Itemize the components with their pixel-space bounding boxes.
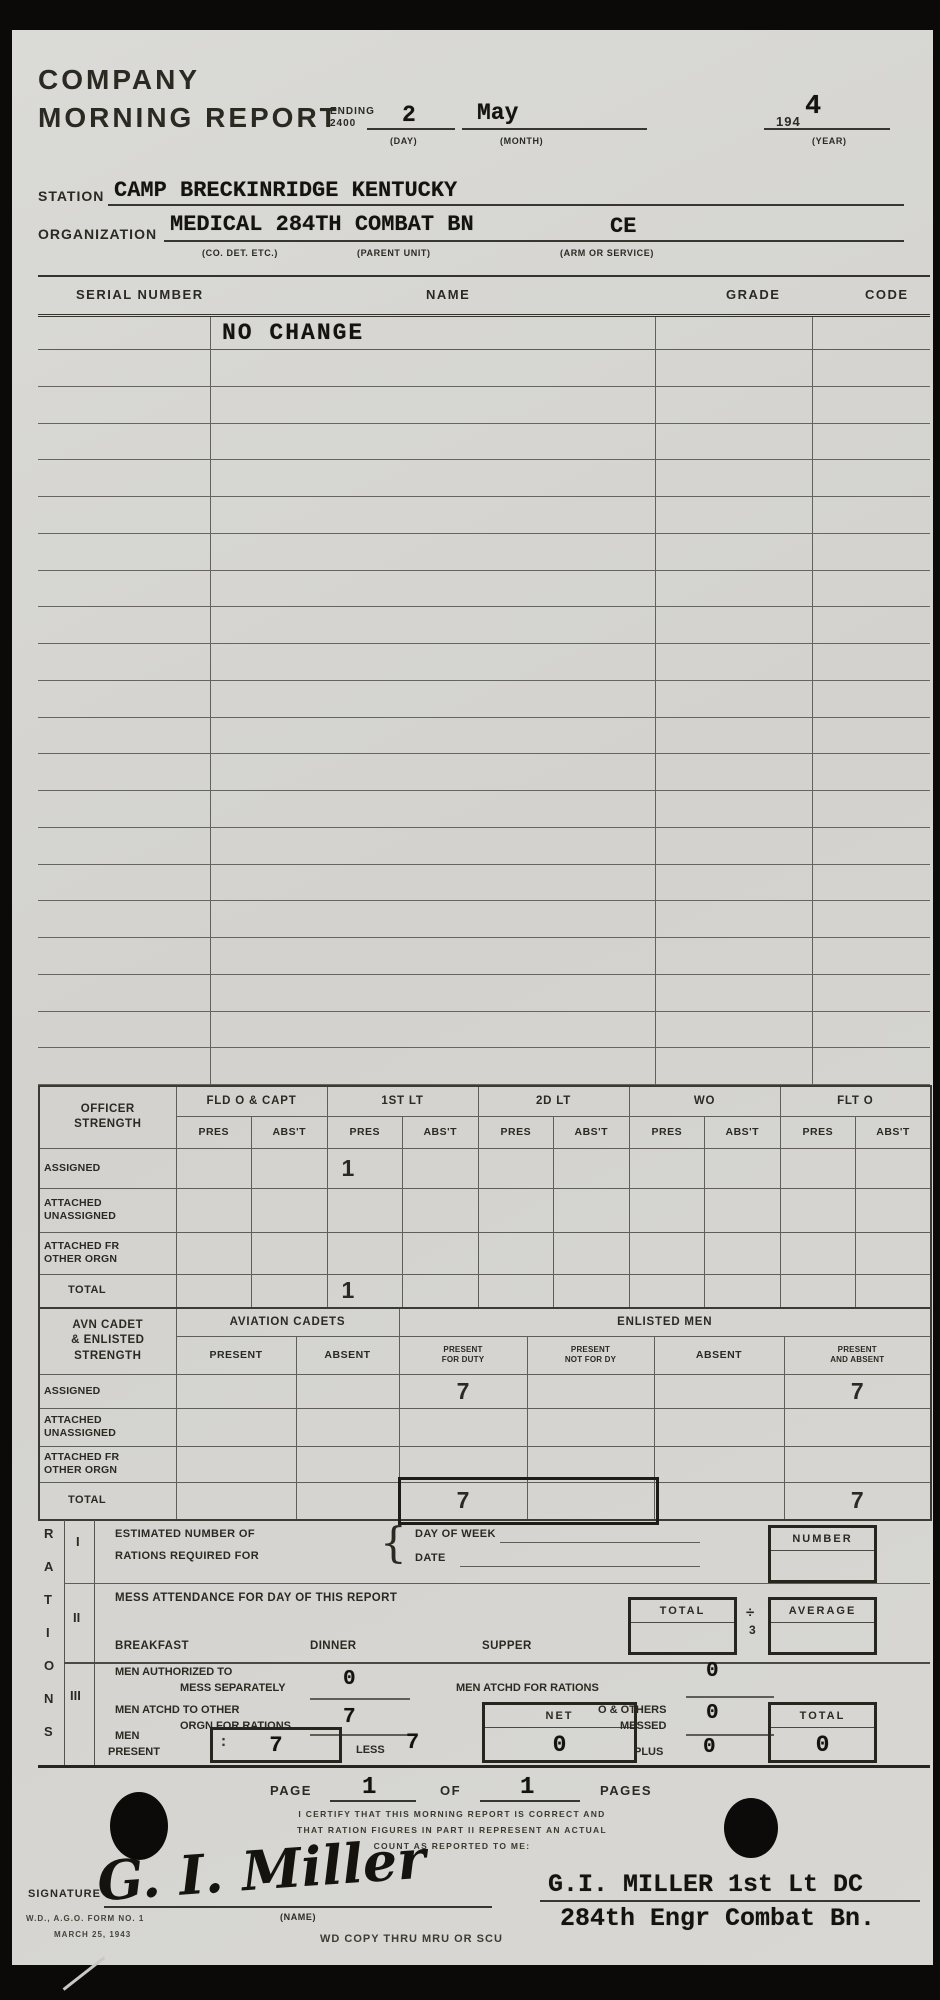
- certification-line1: I CERTIFY THAT THIS MORNING REPORT IS CO…: [152, 1809, 752, 1819]
- year-typed: 4: [805, 92, 821, 122]
- year-underline: [764, 128, 890, 130]
- others-l2: MESSED: [620, 1720, 666, 1732]
- net-value: 0: [485, 1728, 634, 1758]
- rations-separator-i-ii: [64, 1583, 930, 1584]
- col-pres: PRES: [327, 1116, 403, 1148]
- col-present-not-for-duty: PRESENT NOT FOR DY: [527, 1336, 654, 1374]
- typed-name-line: [540, 1900, 920, 1902]
- roster-empty-row: [38, 975, 930, 1012]
- col-cadet-absent: ABSENT: [296, 1336, 399, 1374]
- plus-value: 0: [703, 1736, 716, 1759]
- enlisted-assigned-pa: 7: [784, 1374, 931, 1408]
- rations-letter-s: S: [44, 1724, 53, 1739]
- rations-total-box-label: TOTAL: [771, 1705, 874, 1728]
- roster-header-row: SERIAL NUMBER NAME GRADE CODE: [38, 275, 930, 317]
- officer-total-1stlt-pres: 1: [327, 1274, 403, 1308]
- less-value: 7: [406, 1730, 419, 1755]
- roster-empty-row: [38, 828, 930, 865]
- rations-divider-letters: [64, 1520, 65, 1765]
- breakfast-label: BREAKFAST: [115, 1640, 189, 1652]
- rations-section-ii: II: [73, 1610, 80, 1625]
- page-label: PAGE: [270, 1783, 312, 1798]
- roster-empty-row: [38, 350, 930, 387]
- rations-section-i: I: [76, 1534, 80, 1549]
- station-underline: [108, 204, 904, 206]
- atchd-for-rations-line: [686, 1696, 774, 1698]
- col-pres: PRES: [629, 1116, 705, 1148]
- enlisted-strength-header: AVN CADET & ENLISTED STRENGTH: [39, 1308, 176, 1374]
- arm-service-label: (ARM OR SERVICE): [560, 248, 654, 258]
- men-present-value: 7: [213, 1730, 339, 1758]
- col-group-enlisted-men: ENLISTED MEN: [399, 1308, 931, 1336]
- men-present-box: : 7: [210, 1727, 342, 1763]
- of-label: OF: [440, 1783, 461, 1798]
- punch-hole-right: [724, 1798, 778, 1858]
- col-group-fldo-capt: FLD O & CAPT: [176, 1086, 327, 1116]
- roster-empty-row: [38, 681, 930, 718]
- rations-i-line2: RATIONS REQUIRED FOR: [115, 1550, 259, 1562]
- officer-strength-table: OFFICER STRENGTH FLD O & CAPT 1ST LT 2D …: [38, 1085, 932, 1309]
- roster-empty-row: [38, 497, 930, 534]
- roster-empty-row: [38, 1048, 930, 1085]
- day-underline: [367, 128, 455, 130]
- others-l1: O & OTHERS: [598, 1704, 666, 1716]
- date-label: DATE: [415, 1552, 446, 1564]
- pa-l1: PRESENT: [785, 1345, 931, 1355]
- mess-total-box: TOTAL: [628, 1597, 737, 1655]
- stray-colon-mark: :: [219, 1734, 228, 1751]
- roster-empty-row: [38, 791, 930, 828]
- roster-col-name: NAME: [426, 287, 470, 302]
- col-pres: PRES: [176, 1116, 252, 1148]
- atchd-for-rations-value: 0: [706, 1660, 719, 1683]
- col-present-for-duty: PRESENT FOR DUTY: [399, 1336, 527, 1374]
- co-det-label: (CO. DET. ETC.): [202, 248, 278, 258]
- row-attached-unassigned-label: ATTACHED UNASSIGNED: [39, 1188, 176, 1232]
- form-date: MARCH 25, 1943: [54, 1930, 131, 1939]
- auth-mess-line: [310, 1698, 410, 1700]
- day-label: (DAY): [390, 136, 417, 146]
- row-attached-fr-label: ATTACHED FR OTHER ORGN: [39, 1232, 176, 1274]
- roster-empty-row: [38, 387, 930, 424]
- pages-value: 1: [520, 1774, 534, 1801]
- men-present-l2: PRESENT: [108, 1746, 160, 1758]
- auth-mess-l1: MEN AUTHORIZED TO: [115, 1666, 232, 1678]
- enl-att-unassigned-l1: ATTACHED: [44, 1414, 176, 1427]
- enl-att-unassigned-l2: UNASSIGNED: [44, 1427, 176, 1440]
- roster-empty-row: [38, 460, 930, 497]
- total-emphasis-box: [398, 1477, 659, 1525]
- rations-separator-ii-iii: [64, 1662, 930, 1664]
- typed-signer-name: G.I. MILLER 1st Lt DC: [548, 1870, 863, 1899]
- number-box-label: NUMBER: [771, 1528, 874, 1551]
- less-label: LESS: [356, 1744, 385, 1756]
- auth-mess-value: 0: [343, 1668, 356, 1691]
- rations-letter-a: A: [44, 1559, 53, 1574]
- day-of-week-label: DAY OF WEEK: [415, 1528, 496, 1540]
- col-enlisted-absent: ABSENT: [654, 1336, 784, 1374]
- col-group-flt-o: FLT O: [780, 1086, 931, 1116]
- roster-col-code: CODE: [865, 287, 909, 302]
- officer-strength-header-l1: OFFICER: [40, 1102, 176, 1118]
- date-line: [460, 1566, 700, 1567]
- att-unassigned-l1: ATTACHED: [44, 1197, 176, 1210]
- rations-total-value: 0: [771, 1728, 874, 1758]
- officer-strength-header-l2: STRENGTH: [40, 1117, 176, 1133]
- enlisted-total-pa: 7: [784, 1482, 931, 1520]
- rations-section-iii: III: [70, 1688, 81, 1703]
- average-box-label: AVERAGE: [771, 1600, 874, 1623]
- enl-att-fr-l1: ATTACHED FR: [44, 1451, 176, 1464]
- typed-signer-unit: 284th Engr Combat Bn.: [560, 1904, 875, 1933]
- enl-att-fr-l2: OTHER ORGN: [44, 1464, 176, 1477]
- roster-empty-row: [38, 1012, 930, 1049]
- roster-empty-row: [38, 718, 930, 755]
- certification-line2: THAT RATION FIGURES IN PART II REPRESENT…: [152, 1825, 752, 1835]
- form-paper: COMPANY MORNING REPORT ENDING 2400 2 (DA…: [12, 30, 933, 1965]
- men-present-l1: MEN: [115, 1730, 139, 1742]
- pnfd-l1: PRESENT: [528, 1345, 654, 1355]
- col-group-2d-lt: 2D LT: [478, 1086, 629, 1116]
- ending-time: 2400: [330, 118, 356, 129]
- form-number: W.D., A.G.O. FORM NO. 1: [26, 1914, 144, 1923]
- roster-col-grade: GRADE: [726, 287, 780, 302]
- mess-attendance-title: MESS ATTENDANCE FOR DAY OF THIS REPORT: [115, 1592, 397, 1604]
- number-box: NUMBER: [768, 1525, 877, 1583]
- roster-empty-row: [38, 571, 930, 608]
- roster-empty-row: [38, 607, 930, 644]
- average-box: AVERAGE: [768, 1597, 877, 1655]
- month-label: (MONTH): [500, 136, 543, 146]
- station-value: CAMP BRECKINRIDGE KENTUCKY: [114, 178, 457, 203]
- col-abst: ABS'T: [856, 1116, 932, 1148]
- rations-i-line1: ESTIMATED NUMBER OF: [115, 1528, 255, 1540]
- atchd-other-value: 7: [343, 1706, 356, 1729]
- roster-divider-serial-name: [210, 317, 211, 1085]
- month-underline: [462, 128, 647, 130]
- roster-entry-value: NO CHANGE: [222, 320, 364, 346]
- rations-letter-r: R: [44, 1526, 53, 1541]
- officer-strength-header: OFFICER STRENGTH: [39, 1086, 176, 1148]
- organization-label: ORGANIZATION: [38, 226, 157, 242]
- roster-empty-row: [38, 534, 930, 571]
- col-group-wo: WO: [629, 1086, 780, 1116]
- signature-line: [104, 1906, 492, 1908]
- form-title-line1: COMPANY: [38, 64, 200, 96]
- row-attached-fr-label: ATTACHED FR OTHER ORGN: [39, 1446, 176, 1482]
- att-unassigned-l2: UNASSIGNED: [44, 1210, 176, 1223]
- scanned-morning-report: COMPANY MORNING REPORT ENDING 2400 2 (DA…: [0, 0, 940, 2000]
- supper-label: SUPPER: [482, 1640, 532, 1652]
- row-attached-unassigned-label: ATTACHED UNASSIGNED: [39, 1408, 176, 1446]
- brace-glyph: {: [380, 1518, 407, 1567]
- others-messed-value: 0: [706, 1702, 719, 1725]
- enl-header-l1: AVN CADET: [40, 1318, 176, 1334]
- day-of-week-line: [500, 1542, 700, 1543]
- roster-table: SERIAL NUMBER NAME GRADE CODE NO CHANGE: [38, 275, 930, 1085]
- organization-underline: [164, 240, 904, 242]
- rations-section: R A T I O N S I II III ESTIMATED NUMBER …: [38, 1520, 930, 1768]
- year-label: (YEAR): [812, 136, 847, 146]
- officer-assigned-1stlt-pres: 1: [327, 1148, 403, 1188]
- rations-letter-i: I: [46, 1625, 50, 1640]
- divide-symbol: ÷: [746, 1604, 754, 1621]
- row-total-label: TOTAL: [39, 1274, 176, 1308]
- atchd-for-rations-label: MEN ATCHD FOR RATIONS: [456, 1682, 599, 1694]
- ending-label: ENDING: [330, 106, 375, 117]
- roster-empty-row: [38, 865, 930, 902]
- roster-entry-row: NO CHANGE: [38, 317, 930, 350]
- pfd-l1: PRESENT: [400, 1345, 527, 1355]
- month-value: May: [477, 100, 518, 126]
- organization-value: MEDICAL 284TH COMBAT BN: [170, 212, 474, 237]
- col-pres: PRES: [478, 1116, 554, 1148]
- att-fr-l1: ATTACHED FR: [44, 1240, 176, 1253]
- name-label: (NAME): [280, 1912, 316, 1922]
- enlisted-assigned-pfd: 7: [399, 1374, 527, 1408]
- auth-mess-l2: MESS SEPARATELY: [180, 1682, 286, 1694]
- col-abst: ABS'T: [252, 1116, 328, 1148]
- col-abst: ABS'T: [403, 1116, 479, 1148]
- year-printed: 194: [776, 114, 801, 129]
- roster-col-serial: SERIAL NUMBER: [76, 287, 204, 302]
- plus-label: PLUS: [634, 1746, 663, 1758]
- others-messed-line: [686, 1734, 774, 1736]
- row-assigned-label: ASSIGNED: [39, 1148, 176, 1188]
- col-group-1st-lt: 1ST LT: [327, 1086, 478, 1116]
- row-total-label: TOTAL: [39, 1482, 176, 1520]
- row-assigned-label: ASSIGNED: [39, 1374, 176, 1408]
- station-label: STATION: [38, 188, 104, 204]
- pages-label: PAGES: [600, 1783, 652, 1798]
- divide-by-value: 3: [749, 1623, 756, 1637]
- routing-note: WD COPY THRU MRU OR SCU: [320, 1933, 503, 1945]
- rations-divider-numerals: [94, 1520, 95, 1765]
- col-pres: PRES: [780, 1116, 856, 1148]
- arm-service-value: CE: [610, 214, 636, 239]
- pa-l2: AND ABSENT: [785, 1355, 931, 1365]
- enl-header-l2: & ENLISTED: [40, 1333, 176, 1349]
- roster-empty-row: [38, 901, 930, 938]
- att-fr-l2: OTHER ORGN: [44, 1253, 176, 1266]
- parent-unit-label: (PARENT UNIT): [357, 248, 431, 258]
- col-abst: ABS'T: [554, 1116, 630, 1148]
- rations-letter-t: T: [44, 1592, 52, 1607]
- roster-divider-grade-code: [812, 317, 813, 1085]
- pnfd-l2: NOT FOR DY: [528, 1355, 654, 1365]
- rations-total-box: TOTAL 0: [768, 1702, 877, 1763]
- day-value: 2: [402, 102, 416, 128]
- pfd-l2: FOR DUTY: [400, 1355, 527, 1365]
- page-value: 1: [362, 1774, 376, 1801]
- col-group-aviation-cadets: AVIATION CADETS: [176, 1308, 399, 1336]
- enl-header-l3: STRENGTH: [40, 1349, 176, 1365]
- dinner-label: DINNER: [310, 1640, 357, 1652]
- form-title-line2: MORNING REPORT: [38, 102, 340, 134]
- rations-letter-n: N: [44, 1691, 53, 1706]
- roster-empty-rows: [38, 350, 930, 1085]
- roster-divider-name-grade: [655, 317, 656, 1085]
- signature-label: SIGNATURE: [28, 1888, 101, 1900]
- col-present-and-absent: PRESENT AND ABSENT: [784, 1336, 931, 1374]
- col-cadet-present: PRESENT: [176, 1336, 296, 1374]
- roster-empty-row: [38, 424, 930, 461]
- roster-empty-row: [38, 644, 930, 681]
- mess-total-box-label: TOTAL: [631, 1600, 734, 1623]
- col-abst: ABS'T: [705, 1116, 781, 1148]
- roster-empty-row: [38, 938, 930, 975]
- atchd-other-l1: MEN ATCHD TO OTHER: [115, 1704, 239, 1716]
- roster-body: NO CHANGE: [38, 317, 930, 1085]
- rations-letter-o: O: [44, 1658, 54, 1673]
- roster-empty-row: [38, 754, 930, 791]
